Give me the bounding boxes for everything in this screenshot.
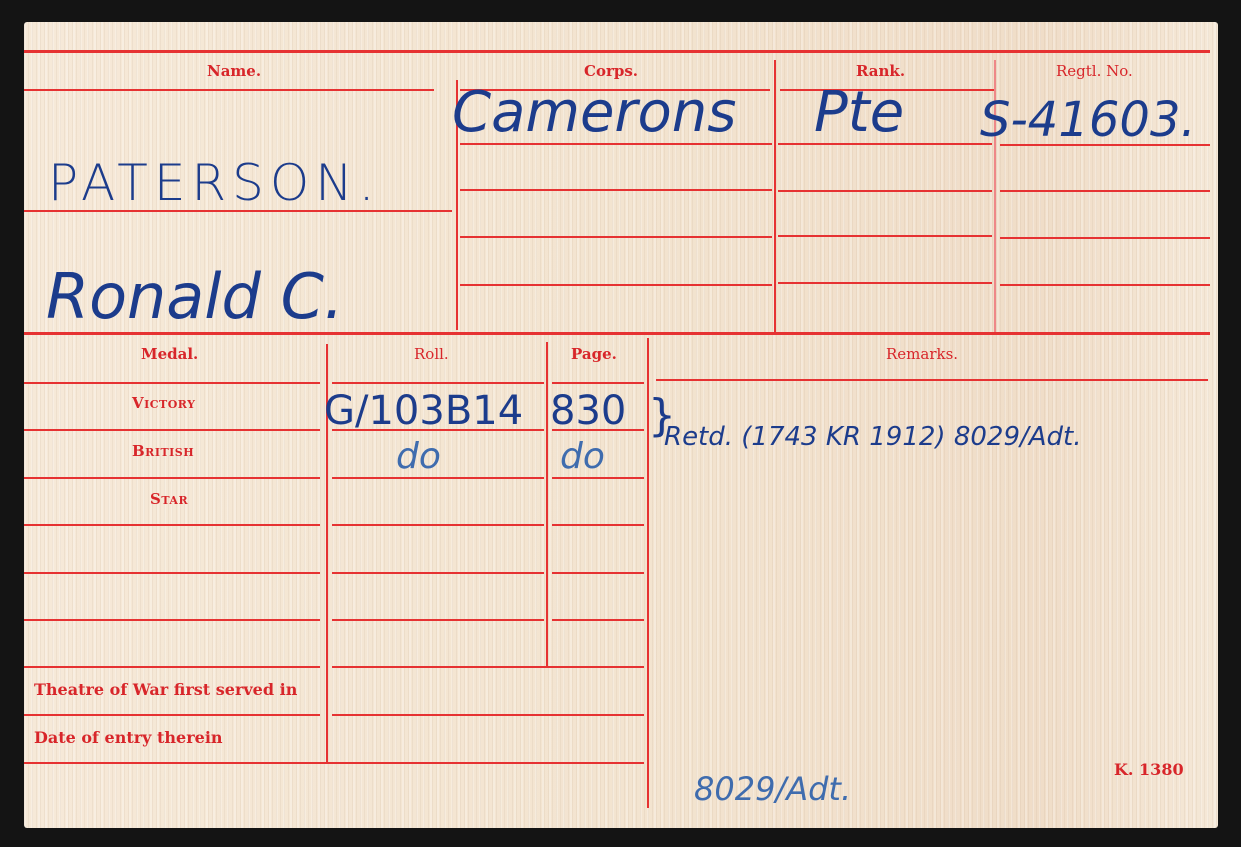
surname-entry: PATERSON.: [48, 154, 381, 212]
rank-entry: Pte: [814, 80, 904, 145]
page-row-rule: [552, 619, 644, 621]
rank-row-2: [778, 190, 992, 192]
rank-row-3: [778, 235, 992, 237]
rank-divider: [774, 60, 776, 332]
top-rule: [24, 50, 1210, 53]
forenames-entry: Ronald C.: [46, 260, 344, 333]
medal-row-rule: [24, 619, 320, 621]
form-number: K. 1380: [1114, 760, 1184, 779]
victory-roll-entry: G/103B14: [324, 388, 523, 434]
theatre-row-rule: [332, 714, 644, 716]
regtl-no-entry: S-41603.: [980, 92, 1196, 148]
medal-british: British: [132, 442, 194, 460]
regtl-row-4: [1000, 284, 1210, 286]
regtl-no-header: Regtl. No.: [1056, 62, 1133, 80]
roll-row-rule: [332, 524, 544, 526]
british-page-entry: do: [560, 436, 605, 477]
medal-star: Star: [150, 490, 188, 508]
rank-row-4: [778, 282, 992, 284]
medal-row-rule: [24, 429, 320, 431]
corps-header: Corps.: [584, 62, 638, 80]
date-entry-label: Date of entry therein: [34, 728, 223, 747]
medal-row-rule: [24, 666, 320, 668]
medal-victory: Victory: [132, 394, 195, 412]
roll-row-rule: [332, 382, 544, 384]
medal-row-rule: [24, 572, 320, 574]
medal-header: Medal.: [141, 345, 198, 363]
corps-row-4: [460, 284, 772, 286]
roll-header: Roll.: [414, 345, 449, 363]
victory-page-entry: 830: [550, 388, 626, 434]
corps-row-2: [460, 189, 772, 191]
remarks-row-rule: [656, 379, 1208, 381]
bottom-note: 8029/Adt.: [694, 770, 851, 808]
corps-row-3: [460, 236, 772, 238]
roll-row-rule: [332, 572, 544, 574]
roll-row-rule: [332, 477, 544, 479]
page-row-rule: [552, 524, 644, 526]
roll-row-rule: [332, 666, 644, 668]
remarks-header: Remarks.: [886, 345, 958, 363]
medal-index-card: Name. Corps. Rank. Regtl. No. Medal. Rol…: [24, 22, 1218, 828]
medal-row-rule: [24, 477, 320, 479]
page-row-rule: [552, 382, 644, 384]
regtl-row-3: [1000, 237, 1210, 239]
page-row-rule: [552, 477, 644, 479]
medal-row-rule: [24, 382, 320, 384]
british-roll-entry: do: [396, 436, 441, 477]
regtl-row-2: [1000, 190, 1210, 192]
name-header: Name.: [207, 62, 261, 80]
roll-row-rule: [332, 619, 544, 621]
rank-header: Rank.: [856, 62, 905, 80]
roll-page-divider: [546, 342, 548, 667]
date-row-rule: [24, 762, 644, 764]
theatre-row-rule: [24, 714, 320, 716]
page-row-rule: [552, 572, 644, 574]
medal-row-rule: [24, 524, 320, 526]
corps-entry: Camerons: [452, 80, 736, 145]
name-header-rule: [24, 89, 434, 91]
theatre-label: Theatre of War first served in: [34, 680, 297, 699]
page-header: Page.: [571, 345, 617, 363]
remarks-entry: Retd. (1743 KR 1912) 8029/Adt.: [664, 422, 1082, 452]
